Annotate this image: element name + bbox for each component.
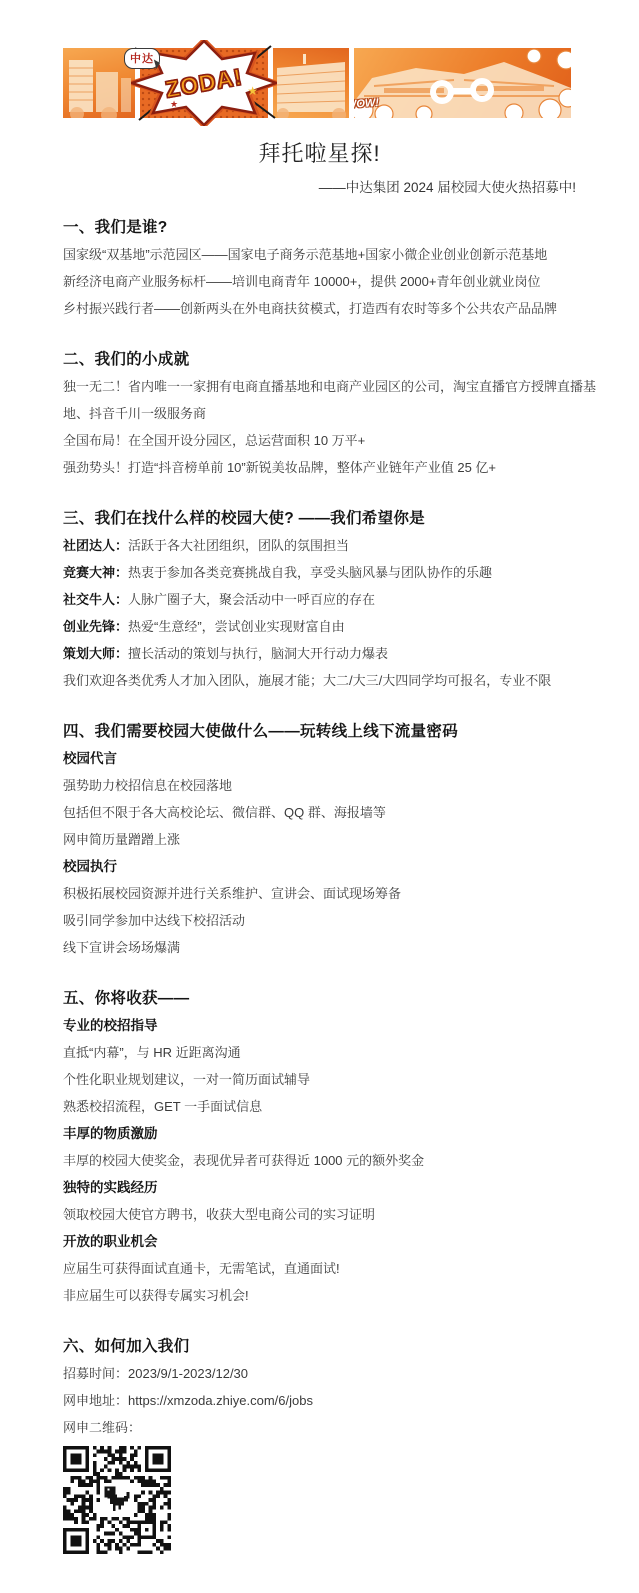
text-line: 应届生可获得面试直通卡，无需笔试，直通面试! — [63, 1255, 583, 1282]
section-heading: 六、如何加入我们 — [63, 1333, 583, 1360]
building-illustration-icon — [273, 48, 349, 118]
text-line: 网申简历量蹭蹭上涨 — [63, 826, 583, 853]
sub-heading: 校园代言 — [63, 745, 583, 772]
wow-text: WOW! — [354, 97, 379, 111]
poster-body: 一、我们是谁? 国家级“双基地”示范园区——国家电子商务示范基地+国家小微企业创… — [63, 214, 583, 1554]
section-heading: 五、你将收获—— — [63, 985, 583, 1012]
text-line: 直抵“内幕”，与 HR 近距离沟通 — [63, 1039, 583, 1066]
text-line: 竞赛大神：热衷于参加各类竞赛挑战自我，享受头脑风暴与团队协作的乐趣 — [63, 559, 583, 586]
comic-panel-building-2 — [273, 48, 349, 118]
recruitment-poster: ZODA! 中达 ★ ★ — [0, 0, 639, 1593]
dino-icon — [102, 1485, 132, 1515]
sub-heading: 独特的实践经历 — [63, 1174, 583, 1201]
text-line: 吸引同学参加中达线下校招活动 — [63, 907, 583, 934]
text-line: 强势助力校招信息在校园落地 — [63, 772, 583, 799]
page-subtitle: ——中达集团 2024 届校园大使火热招募中! — [0, 178, 576, 198]
text-line: 独一无二！省内唯一一家拥有电商直播基地和电商产业园区的公司，淘宝直播官方授牌直播… — [63, 373, 583, 400]
text-line: 国家级“双基地”示范园区——国家电子商务示范基地+国家小微企业创业创新示范基地 — [63, 241, 583, 268]
qr-caption: 网申二维码： — [63, 1414, 583, 1441]
comic-banner: ZODA! 中达 ★ ★ — [63, 48, 576, 118]
section-who-we-are: 一、我们是谁? 国家级“双基地”示范园区——国家电子商务示范基地+国家小微企业创… — [63, 214, 583, 322]
text-line: 丰厚的校园大使奖金，表现优异者可获得近 1000 元的额外奖金 — [63, 1147, 583, 1174]
text-line: 非应届生可以获得专属实习机会! — [63, 1282, 583, 1309]
text-line: 新经济电商产业服务标杆——培训电商青年 10000+，提供 2000+青年创业就… — [63, 268, 583, 295]
section-heading: 四、我们需要校园大使做什么——玩转线上线下流量密码 — [63, 718, 583, 745]
comic-panel-zoda-burst: ZODA! 中达 ★ ★ — [140, 48, 268, 118]
text-line: 强劲势头！打造“抖音榜单前 10”新锐美妆品牌，整体产业链年产业值 25 亿+ — [63, 454, 583, 481]
page-title: 拜托啦星探! — [0, 140, 639, 168]
recruit-time-line: 招募时间：2023/9/1-2023/12/30 — [63, 1360, 583, 1387]
text-line: 全国布局！在全国开设分园区，总运营面积 10 万平+ — [63, 427, 583, 454]
sub-heading: 校园执行 — [63, 853, 583, 880]
speech-bubble: 中达 — [124, 48, 160, 69]
qr-code — [63, 1446, 171, 1554]
section-duties: 四、我们需要校园大使做什么——玩转线上线下流量密码 校园代言 强势助力校招信息在… — [63, 718, 583, 961]
text-line: 我们欢迎各类优秀人才加入团队，施展才能；大二/大三/大四同学均可报名，专业不限 — [63, 667, 583, 694]
section-how-to-join: 六、如何加入我们 招募时间：2023/9/1-2023/12/30 网申地址：h… — [63, 1333, 583, 1554]
text-line: 策划大师：擅长活动的策划与执行，脑洞大开行动力爆表 — [63, 640, 583, 667]
text-line: 领取校园大使官方聘书，收获大型电商公司的实习证明 — [63, 1201, 583, 1228]
section-heading: 一、我们是谁? — [63, 214, 583, 241]
application-url[interactable]: https://xmzoda.zhiye.com/6/jobs — [128, 1393, 313, 1408]
section-who-we-want: 三、我们在找什么样的校园大使? ——我们希望你是 社团达人：活跃于各大社团组织，… — [63, 505, 583, 694]
section-rewards: 五、你将收获—— 专业的校招指导 直抵“内幕”，与 HR 近距离沟通 个性化职业… — [63, 985, 583, 1309]
text-line: 积极拓展校园资源并进行关系维护、宣讲会、面试现场筹备 — [63, 880, 583, 907]
sub-heading: 开放的职业机会 — [63, 1228, 583, 1255]
text-line: 社团达人：活跃于各大社团组织，团队的氛围担当 — [63, 532, 583, 559]
section-achievements: 二、我们的小成就 独一无二！省内唯一一家拥有电商直播基地和电商产业园区的公司，淘… — [63, 346, 583, 481]
application-line: 网申地址：https://xmzoda.zhiye.com/6/jobs — [63, 1387, 583, 1414]
text-line: 乡村振兴践行者——创新两头在外电商扶贫模式，打造西有农时等多个公共农产品品牌 — [63, 295, 583, 322]
text-line: 创业先锋：热爱“生意经”，尝试创业实现财富自由 — [63, 613, 583, 640]
star-icon: ★ — [170, 99, 178, 110]
text-line: 包括但不限于各大高校论坛、微信群、QQ 群、海报墙等 — [63, 799, 583, 826]
sub-heading: 专业的校招指导 — [63, 1012, 583, 1039]
sub-heading: 丰厚的物质激励 — [63, 1120, 583, 1147]
campus-panorama-icon — [354, 48, 571, 118]
text-line: 地、抖音千川一级服务商 — [63, 400, 583, 427]
star-icon: ★ — [247, 84, 258, 98]
text-line: 个性化职业规划建议，一对一简历面试辅导 — [63, 1066, 583, 1093]
text-line: 线下宣讲会场场爆满 — [63, 934, 583, 961]
section-heading: 二、我们的小成就 — [63, 346, 583, 373]
section-heading: 三、我们在找什么样的校园大使? ——我们希望你是 — [63, 505, 583, 532]
text-line: 熟悉校招流程，GET 一手面试信息 — [63, 1093, 583, 1120]
text-line: 社交牛人：人脉广圈子大，聚会活动中一呼百应的存在 — [63, 586, 583, 613]
comic-panel-building-wide: WOW! — [354, 48, 571, 118]
